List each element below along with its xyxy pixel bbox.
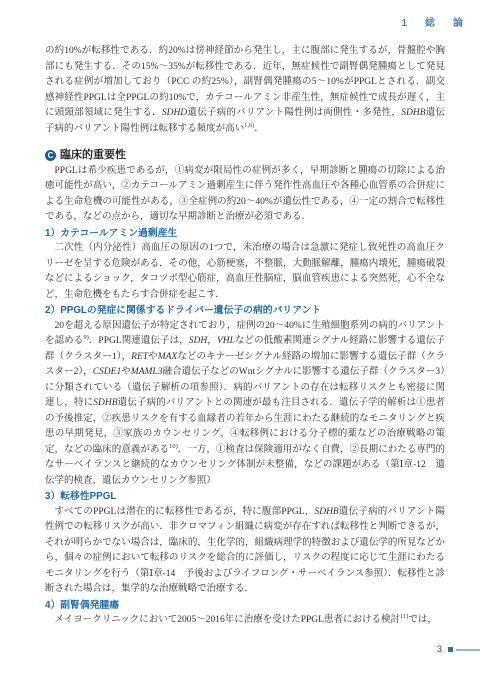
- footer-square-icon: [448, 647, 453, 652]
- document-page: 1 総 論 の約10%が転移性である．約20%は傍神経節から発生し，主に腹部に発…: [0, 0, 480, 677]
- section-c-badge-icon: C: [45, 150, 56, 161]
- subheading-adrenal-incidentaloma: 4）副腎偶発腫瘍: [45, 598, 445, 614]
- subheading-driver-gene-variants: 2）PPGLの発症に関係するドライバー遺伝子の病的バリアント: [45, 303, 445, 319]
- page-footer: 3: [437, 644, 480, 655]
- subheading-metastatic-ppgl: 3）転移性PPGL: [45, 489, 445, 505]
- section-heading-clinical-importance: C 臨床的重要性: [45, 148, 445, 164]
- section-heading-title: 臨床的重要性: [60, 148, 126, 164]
- paragraph-catecholamine-excess: 二次性（内分泌性）高血圧の原因の1つで，未治療の場合は急激に発症し致死性の高血圧…: [45, 241, 445, 303]
- paragraph-clinical-overview: PPGLは希少疾患であるが，①病変が限局性の症例が多く，早期診断と腫瘍の切除によ…: [45, 164, 445, 226]
- page-number: 3: [437, 644, 442, 655]
- paragraph-intro-continuation: の約10%が転移性である．約20%は傍神経節から発生し，主に腹部に発生するが，骨…: [45, 44, 445, 137]
- paragraph-driver-gene-variants: 20を超える原因遺伝子が特定されており，症例の20～40%に生殖細胞系列の病的バ…: [45, 319, 445, 490]
- chapter-header: 1 総 論: [401, 14, 467, 29]
- page-content: の約10%が転移性である．約20%は傍神経節から発生し，主に腹部に発生するが，骨…: [45, 44, 445, 629]
- paragraph-adrenal-incidentaloma: メイヨークリニックにおいて2005～2016年に治療を受けたPPGL患者における…: [45, 613, 445, 629]
- subheading-catecholamine-excess: 1）カテコールアミン過剰産生: [45, 226, 445, 242]
- footer-rule: [456, 649, 480, 651]
- paragraph-metastatic-ppgl: すべてのPPGLは潜在的に転移性であるが，特に腹部PPGL，SDHB遺伝子病的バ…: [45, 505, 445, 598]
